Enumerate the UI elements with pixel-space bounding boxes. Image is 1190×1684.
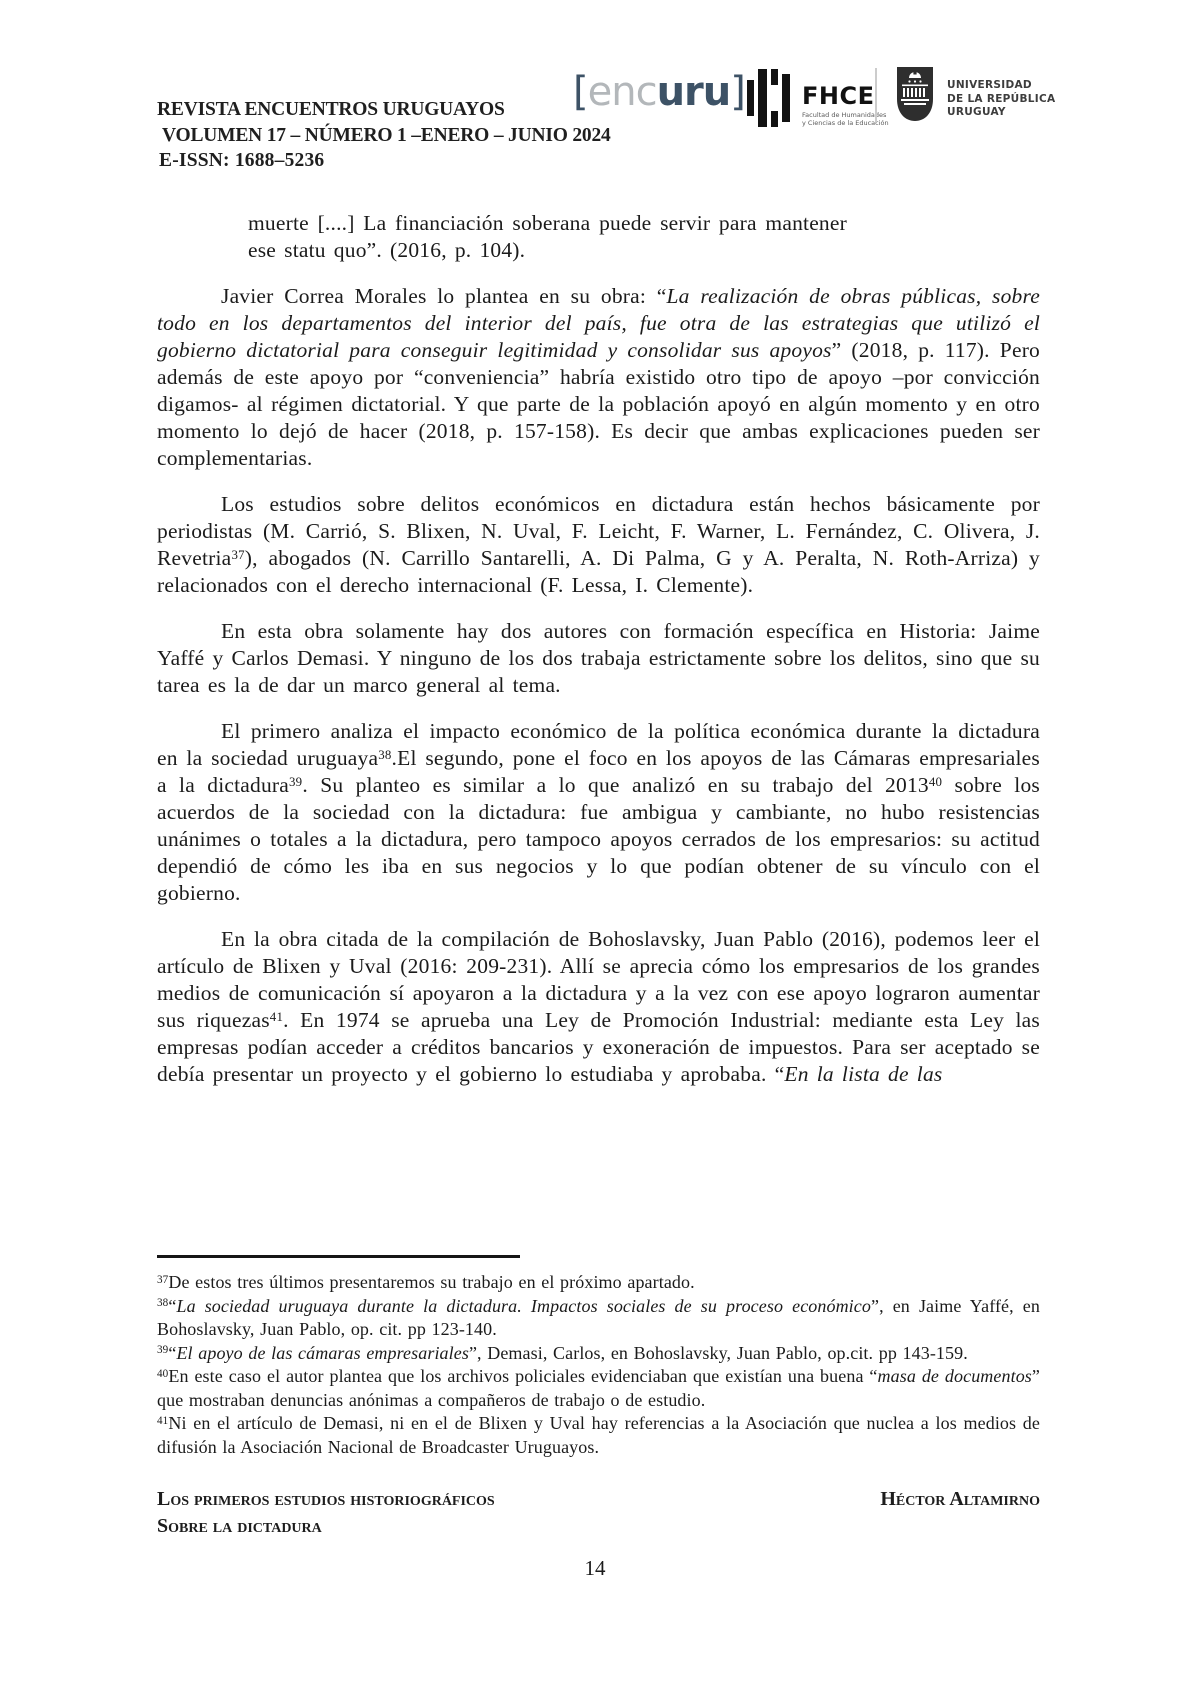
running-author: Héctor Altamirno — [880, 1486, 1040, 1513]
volume-line: VOLUMEN 17 – NÚMERO 1 –ENERO – JUNIO 202… — [157, 123, 611, 149]
journal-page: REVISTA ENCUENTROS URUGUAYOS VOLUMEN 17 … — [0, 0, 1190, 1684]
page-number: 14 — [0, 1556, 1190, 1581]
paragraph-3: En esta obra solamente hay dos autores c… — [157, 618, 1040, 699]
encuru-logo: [encuru] — [573, 70, 745, 114]
encuru-logo-text-bold: uru — [657, 69, 731, 115]
paragraph-5: En la obra citada de la compilación de B… — [157, 926, 1040, 1088]
udelar-shield-icon — [896, 66, 934, 122]
footnote-separator — [157, 1255, 520, 1258]
udelar-logo: UNIVERSIDAD DE LA REPÚBLICA URUGUAY — [896, 66, 1055, 122]
footnote-38: 38“La sociedad uruguaya durante la dicta… — [157, 1295, 1040, 1342]
udelar-name-line2: DE LA REPÚBLICA — [947, 93, 1055, 107]
udelar-name-line3: URUGUAY — [947, 106, 1055, 120]
journal-title: REVISTA ENCUENTROS URUGUAYOS — [157, 97, 611, 123]
paragraph-2: Los estudios sobre delitos económicos en… — [157, 491, 1040, 599]
footnote-39: 39“El apoyo de las cámaras empresariales… — [157, 1342, 1040, 1366]
article-body: muerte [....] La financiación soberana p… — [157, 198, 1040, 1088]
encuru-logo-text-light: enc — [588, 69, 657, 115]
footnote-37: 37De estos tres últimos presentaremos su… — [157, 1271, 1040, 1295]
encuru-bracket-close: ] — [730, 69, 745, 115]
page-header-text: REVISTA ENCUENTROS URUGUAYOS VOLUMEN 17 … — [157, 97, 611, 174]
fhce-mark-icon — [747, 69, 791, 127]
paragraph-4: El primero analiza el impacto económico … — [157, 718, 1040, 907]
footnotes: 37De estos tres últimos presentaremos su… — [157, 1271, 1040, 1459]
issn-line: E-ISSN: 1688–5236 — [157, 148, 611, 174]
encuru-bracket-open: [ — [573, 69, 588, 115]
fhce-logo: FHCE Facultad de Humanidades y Ciencias … — [747, 69, 889, 127]
running-title-line1: Los primeros estudios historiográficos — [157, 1486, 495, 1513]
udelar-name-line1: UNIVERSIDAD — [947, 79, 1055, 93]
paragraph-1: Javier Correa Morales lo plantea en su o… — [157, 283, 1040, 472]
page-footer: Los primeros estudios historiográficos H… — [157, 1486, 1040, 1540]
header-logo-divider — [875, 68, 877, 122]
footnote-40: 40En este caso el autor plantea que los … — [157, 1365, 1040, 1412]
running-title-line2: Sobre la dictadura — [157, 1513, 1040, 1540]
quote-block: muerte [....] La financiación soberana p… — [248, 210, 847, 264]
footnote-41: 41Ni en el artículo de Demasi, ni en el … — [157, 1412, 1040, 1459]
